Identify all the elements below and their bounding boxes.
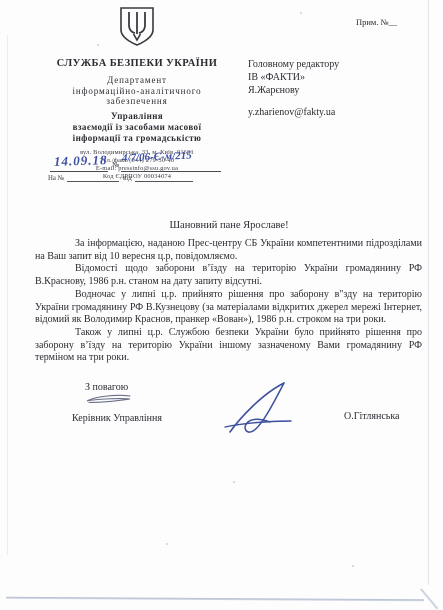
- handwritten-date: 14.09.18: [54, 152, 108, 170]
- signer-position: Керівник Управління: [72, 413, 162, 424]
- department-name: Департамент інформаційно-аналітичного за…: [34, 75, 240, 107]
- scan-speck: [166, 543, 168, 545]
- body-paragraph: Водночас у липні ц.р. прийнято рішення п…: [35, 289, 422, 327]
- salutation: Шановний пане Ярославе!: [35, 220, 423, 231]
- recipient-name: Я.Жарєнову: [248, 84, 339, 97]
- number-blank-line: [121, 171, 221, 172]
- signature: [222, 380, 294, 440]
- body-paragraph: Також у липні ц.р. Службою безпеки Украї…: [35, 327, 422, 365]
- department-line: забезпечення: [34, 96, 240, 107]
- scanned-letter: Прим. №__ СЛУЖБА БЕЗПЕКИ УКРАЇНИ Департа…: [0, 0, 443, 610]
- department-line: інформаційно-аналітичного: [34, 86, 240, 97]
- reply-reference-row: На №від: [48, 174, 193, 182]
- body-paragraph: За інформацією, наданою Прес-центру СБ У…: [35, 238, 422, 263]
- division-name: Управління взаємодії із засобами масової…: [34, 111, 240, 144]
- handwritten-outgoing-number: 4/7/06-Є-м/215: [122, 149, 192, 164]
- scan-speck: [352, 565, 354, 567]
- organization-name: СЛУЖБА БЕЗПЕКИ УКРАЇНИ: [34, 58, 240, 69]
- reply-number-blank: [67, 174, 119, 182]
- reply-na-label: На №: [48, 175, 64, 182]
- recipient-title: Головному редактору: [248, 58, 339, 71]
- division-line: взаємодії із засобами масової: [34, 122, 240, 133]
- scan-edge-left: [7, 35, 8, 555]
- date-blank-line: [50, 171, 108, 172]
- division-line: Управління: [34, 111, 240, 122]
- recipient-email: y.zharienov@fakty.ua: [248, 106, 339, 119]
- signer-name: О.Гітлянська: [344, 411, 400, 422]
- letter-body: За інформацією, наданою Прес-центру СБ У…: [35, 238, 422, 365]
- pen-flourish: [84, 393, 136, 407]
- valediction: З повагою: [85, 382, 128, 393]
- division-line: інформації та громадськістю: [34, 133, 240, 144]
- scan-edge-bottom: [6, 597, 424, 602]
- body-paragraph: Відомості щодо заборони в’їзду на терито…: [35, 263, 422, 288]
- department-line: Департамент: [34, 75, 240, 86]
- recipient-block: Головному редактору ІВ «ФАКТИ» Я.Жарєнов…: [248, 58, 339, 119]
- reply-vid-label: від: [123, 175, 132, 182]
- reply-date-blank: [135, 174, 193, 182]
- scan-edge-right: [428, 0, 429, 585]
- trident-coat-of-arms-icon: [115, 6, 159, 48]
- copy-number-note: Прим. №__: [356, 17, 397, 27]
- scan-speck: [233, 481, 235, 483]
- recipient-organization: ІВ «ФАКТИ»: [248, 71, 339, 84]
- scan-speck: [300, 12, 302, 14]
- number-sign: №: [112, 160, 119, 169]
